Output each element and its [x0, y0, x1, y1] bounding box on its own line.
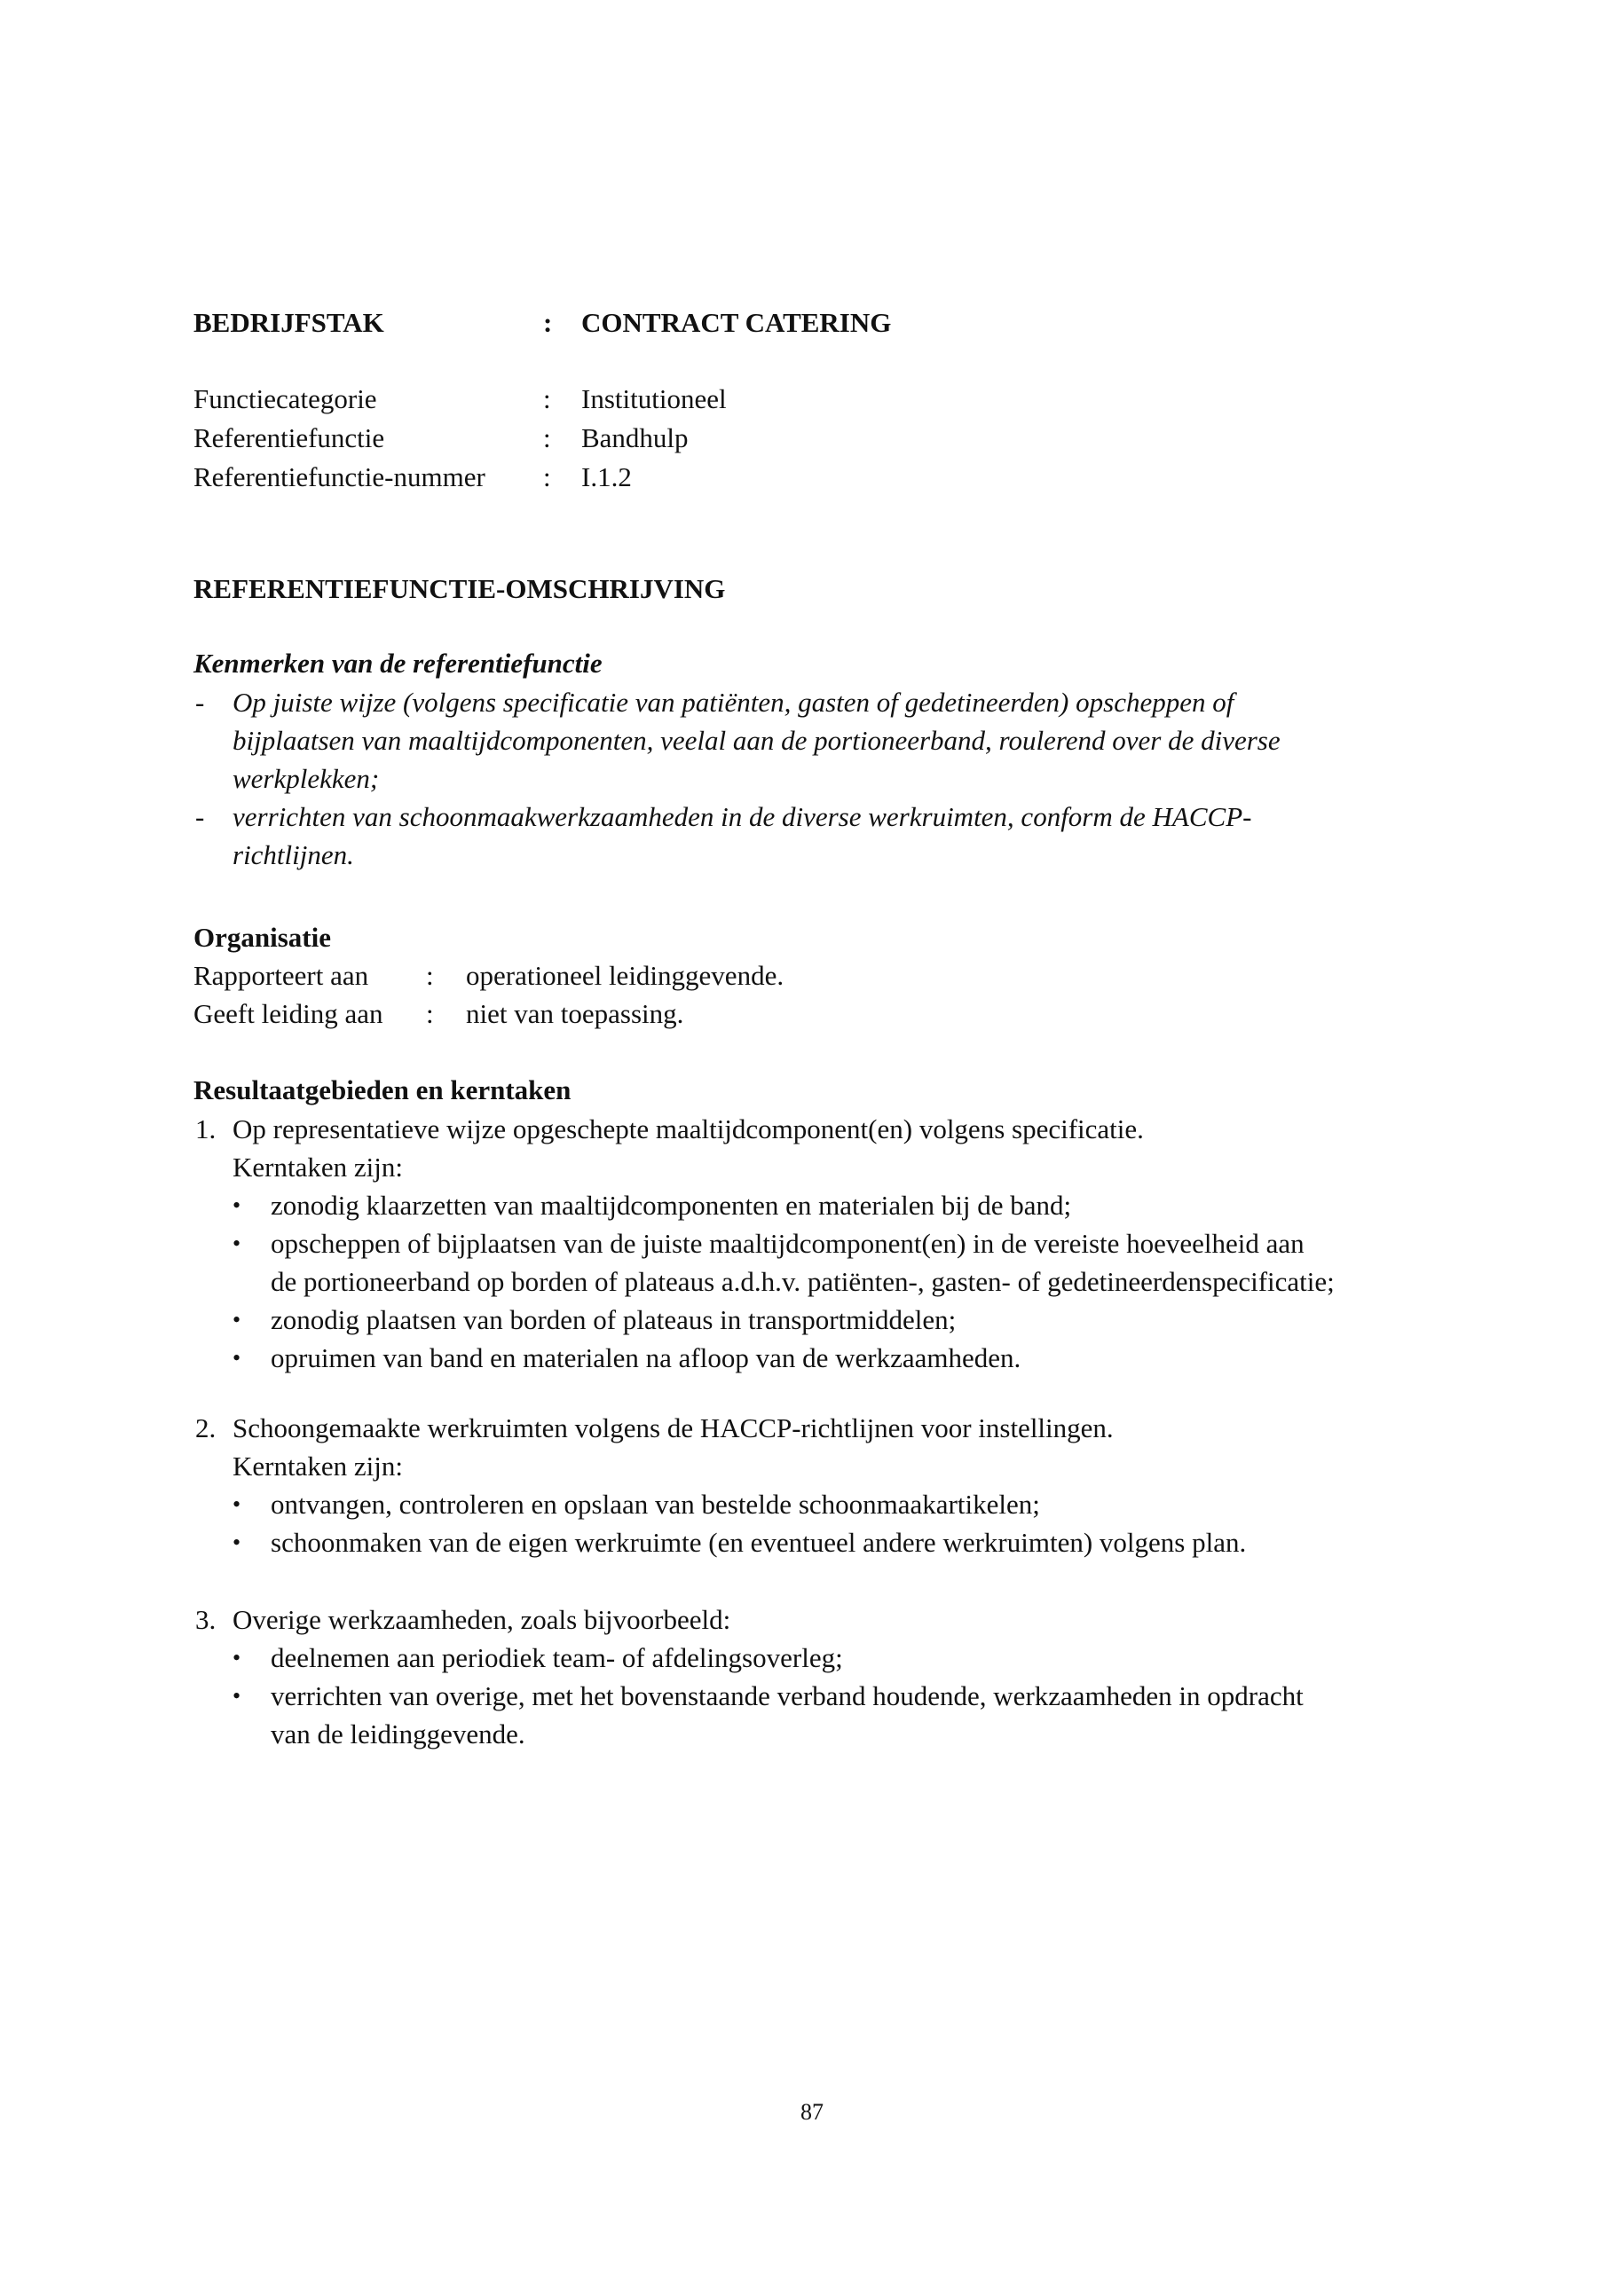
task-line: zonodig klaarzetten van maaltijdcomponen…	[271, 1191, 1071, 1219]
separator: :	[543, 385, 551, 413]
characteristics-heading: Kenmerken van de referentiefunctie	[193, 649, 603, 677]
task-line: deelnemen aan periodiek team- of afdelin…	[271, 1644, 843, 1671]
task-line: van de leidinggevende.	[271, 1720, 525, 1748]
area-title: Op representatieve wijze opgeschepte maa…	[233, 1115, 1144, 1143]
org-label-leads: Geeft leiding aan	[193, 1000, 382, 1027]
task-line: ontvangen, controleren en opslaan van be…	[271, 1490, 1040, 1518]
area-subtitle: Kerntaken zijn:	[233, 1452, 403, 1480]
section-title: REFERENTIEFUNCTIE-OMSCHRIJVING	[193, 575, 725, 602]
area-subtitle: Kerntaken zijn:	[233, 1153, 403, 1181]
field-label-function: Referentiefunctie	[193, 424, 384, 452]
area-number: 3.	[195, 1606, 216, 1633]
page-number: 87	[0, 2101, 1624, 2124]
task-line: de portioneerband op borden of plateaus …	[271, 1268, 1335, 1295]
bullet-marker: •	[233, 1309, 240, 1332]
org-value-leads: niet van toepassing.	[466, 1000, 683, 1027]
field-value-function: Bandhulp	[581, 424, 689, 452]
bullet-marker: •	[233, 1194, 240, 1217]
organisation-heading: Organisatie	[193, 924, 331, 951]
results-heading: Resultaatgebieden en kerntaken	[193, 1076, 571, 1104]
bullet-marker: •	[233, 1647, 240, 1670]
bullet-marker: •	[233, 1685, 240, 1708]
characteristic-line: werkplekken;	[233, 765, 379, 792]
org-value-reports-to: operationeel leidinggevende.	[466, 962, 784, 989]
separator: :	[543, 463, 551, 491]
separator: :	[543, 424, 551, 452]
characteristic-line: verrichten van schoonmaakwerkzaamheden i…	[233, 803, 1251, 830]
characteristic-line: bijplaatsen van maaltijdcomponenten, vee…	[233, 727, 1281, 754]
characteristic-line: Op juiste wijze (volgens specificatie va…	[233, 688, 1234, 716]
separator: :	[426, 1000, 434, 1027]
bullet-marker: •	[233, 1347, 240, 1370]
bullet-marker: •	[233, 1531, 240, 1554]
field-label-category: Functiecategorie	[193, 385, 377, 413]
task-line: schoonmaken van de eigen werkruimte (en …	[271, 1529, 1246, 1556]
sector-label: BEDRIJFSTAK	[193, 309, 384, 336]
separator: :	[426, 962, 434, 989]
area-title: Overige werkzaamheden, zoals bijvoorbeel…	[233, 1606, 730, 1633]
area-number: 1.	[195, 1115, 216, 1143]
characteristic-line: richtlijnen.	[233, 841, 354, 869]
task-line: opruimen van band en materialen na afloo…	[271, 1344, 1021, 1372]
dash-marker: -	[195, 803, 204, 830]
bullet-marker: •	[233, 1493, 240, 1516]
area-number: 2.	[195, 1414, 216, 1442]
dash-marker: -	[195, 688, 204, 716]
org-label-reports-to: Rapporteert aan	[193, 962, 368, 989]
area-title: Schoongemaakte werkruimten volgens de HA…	[233, 1414, 1114, 1442]
field-label-number: Referentiefunctie-nummer	[193, 463, 485, 491]
task-line: verrichten van overige, met het bovensta…	[271, 1682, 1304, 1710]
task-line: zonodig plaatsen van borden of plateaus …	[271, 1306, 956, 1333]
separator: :	[543, 309, 552, 336]
field-value-category: Institutioneel	[581, 385, 727, 413]
bullet-marker: •	[233, 1232, 240, 1255]
field-value-number: I.1.2	[581, 463, 632, 491]
sector-value: CONTRACT CATERING	[581, 309, 891, 336]
document-page: BEDRIJFSTAK : CONTRACT CATERING Functiec…	[0, 0, 1624, 2296]
task-line: opscheppen of bijplaatsen van de juiste …	[271, 1230, 1305, 1257]
